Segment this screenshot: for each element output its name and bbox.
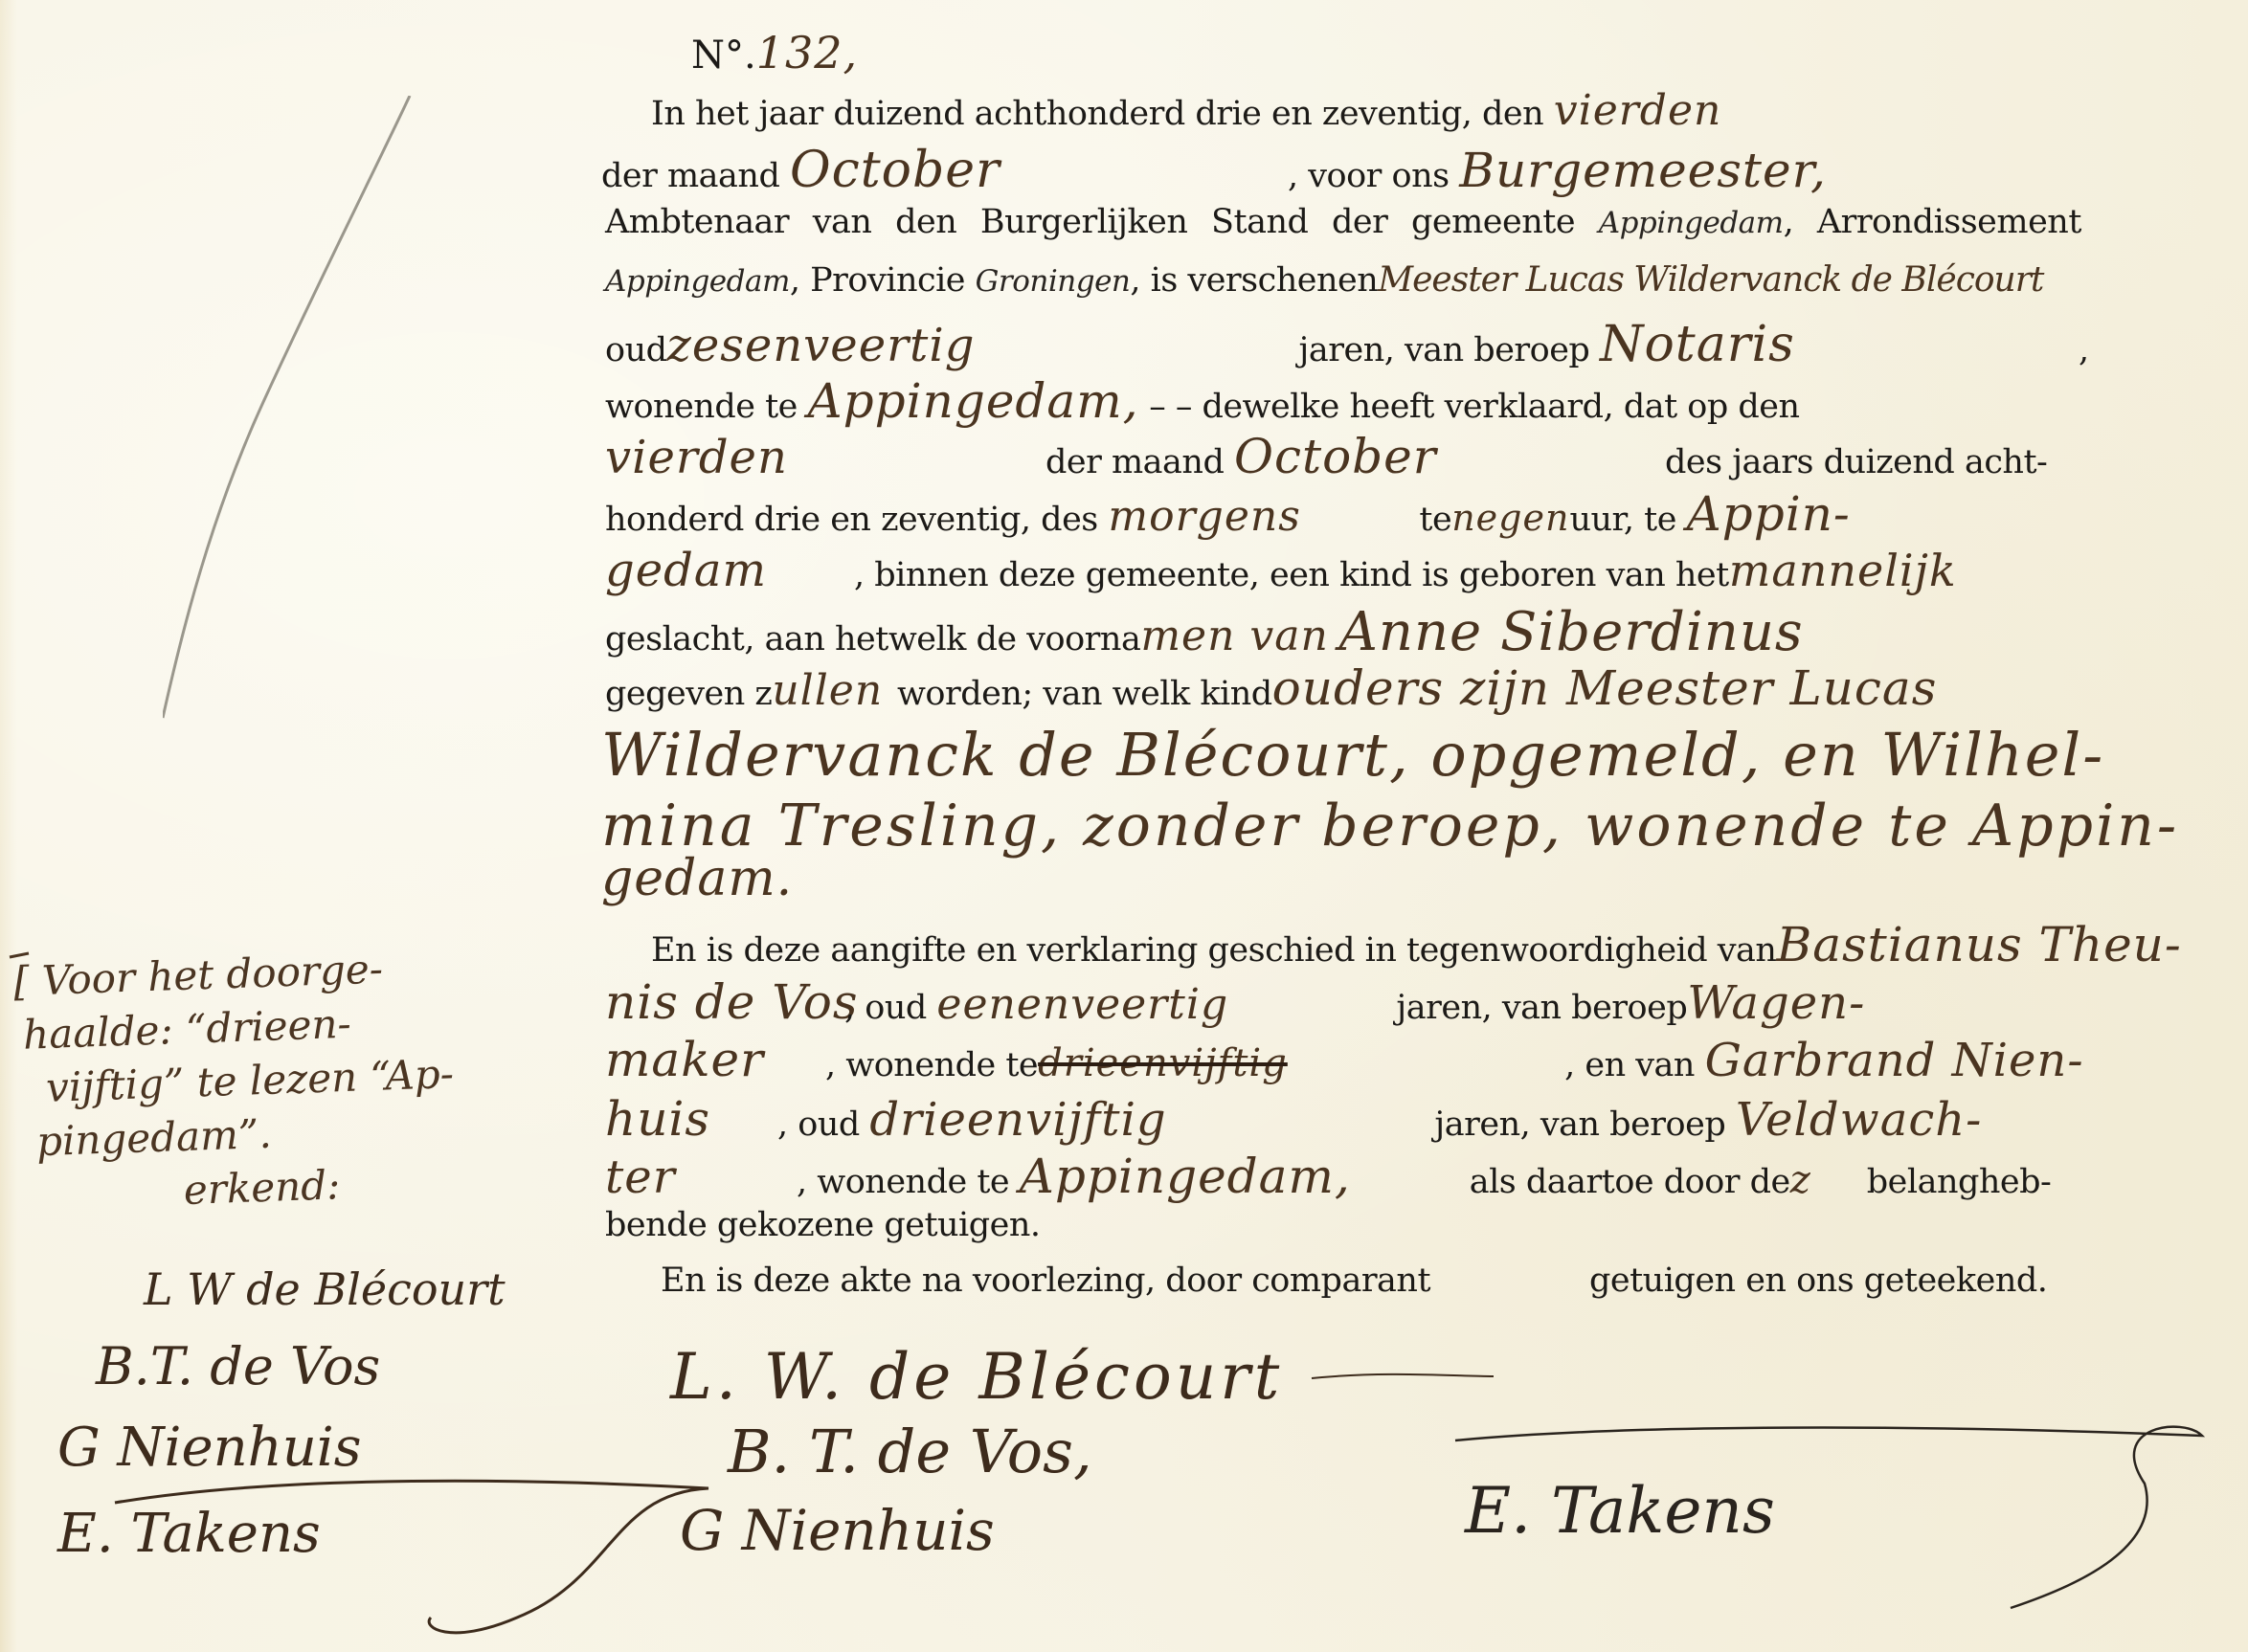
signature-flourishes <box>0 0 2248 1652</box>
birth-certificate-page: N°.132, In het jaar duizend achthonderd … <box>0 0 2248 1652</box>
